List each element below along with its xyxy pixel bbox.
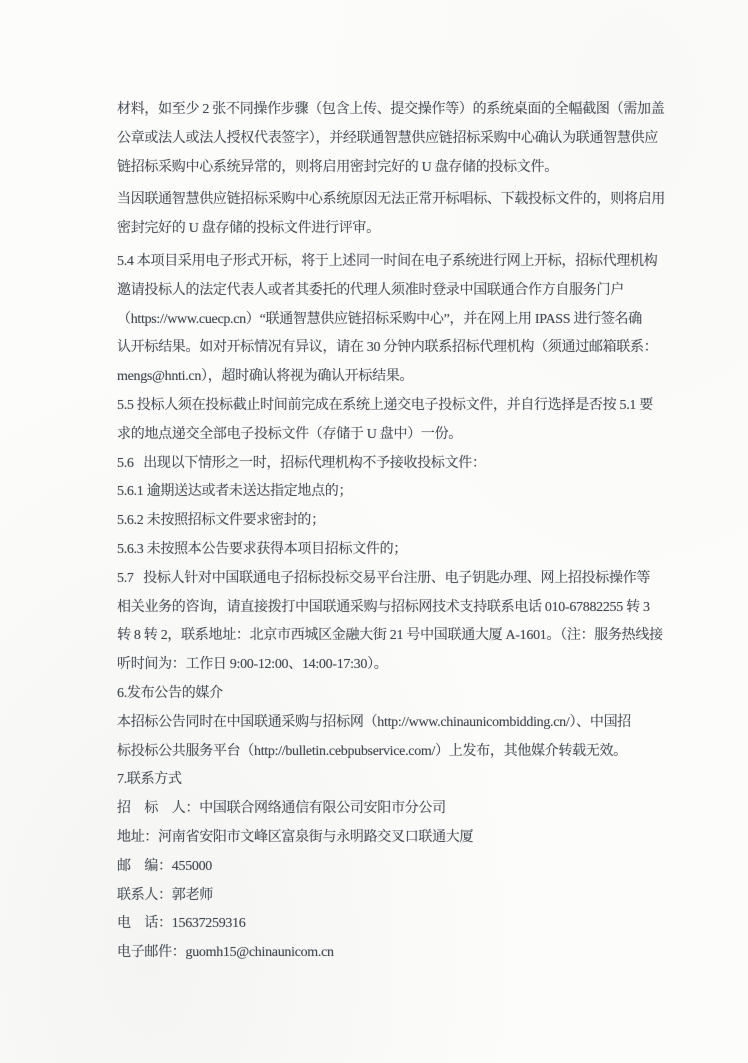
text-line: mengs@hnti.cn），超时确认将视为确认开标结果。 (117, 363, 677, 392)
contact-address: 地址：河南省安阳市文峰区富泉街与永明路交叉口联通大厦 (117, 824, 677, 853)
text-line: 5.6 出现以下情形之一时，招标代理机构不予接收投标文件： (117, 450, 677, 479)
contact-postcode: 邮 编：455000 (117, 853, 677, 882)
text-line: 5.7 投标人针对中国联通电子招标投标交易平台注册、电子钥匙办理、网上招投标操作… (117, 565, 677, 594)
section-5-6-2-improper-sealing: 5.6.2 未按照招标文件要求密封的； (117, 507, 677, 536)
text-line: 本招标公告同时在中国联通采购与招标网（http://www.chinaunico… (117, 709, 677, 738)
text-line: 5.4 本项目采用电子形式开标，将于上述同一时间在电子系统进行网上开标，招标代理… (117, 248, 677, 277)
text-line: （https://www.cuecp.cn）“联通智慧供应链招标采购中心”，并在… (117, 306, 677, 335)
text-line: 5.5 投标人须在投标截止时间前完成在系统上递交电子投标文件，并自行选择是否按 … (117, 392, 677, 421)
section-5-6-1-late-delivery: 5.6.1 逾期送达或者未送达指定地点的； (117, 478, 677, 507)
contact-person-line: 联系人：郭老师 (117, 882, 677, 911)
contact-address-line: 地址：河南省安阳市文峰区富泉街与永明路交叉口联通大厦 (117, 824, 677, 853)
text-line: 5.6.3 未按照本公告要求获得本项目招标文件的； (117, 536, 677, 565)
section-5-7-technical-support: 5.7 投标人针对中国联通电子招标投标交易平台注册、电子钥匙办理、网上招投标操作… (117, 565, 677, 680)
document-text-block: 材料，如至少 2 张不同操作步骤（包含上传、提交操作等）的系统桌面的全幅截图（需… (117, 96, 677, 968)
text-line: 邀请投标人的法定代表人或者其委托的代理人须准时登录中国联通合作方自服务门户 (117, 277, 677, 306)
contact-tenderer: 招 标 人：中国联合网络通信有限公司安阳市分公司 (117, 795, 677, 824)
text-line: 听时间为：工作日 9:00-12:00、14:00-17:30）。 (117, 651, 677, 680)
text-line: 认开标结果。如对开标情况有异议，请在 30 分钟内联系招标代理机构（须通过邮箱联… (117, 334, 677, 363)
text-line: 链招标采购中心系统异常的，则将启用密封完好的 U 盘存储的投标文件。 (117, 154, 677, 183)
section-5-5-bid-submission: 5.5 投标人须在投标截止时间前完成在系统上递交电子投标文件，并自行选择是否按 … (117, 392, 677, 450)
text-line: 5.6.2 未按照招标文件要求密封的； (117, 507, 677, 536)
text-line: 材料，如至少 2 张不同操作步骤（包含上传、提交操作等）的系统桌面的全幅截图（需… (117, 96, 677, 125)
text-line: 公章或法人或法人授权代表签字），并经联通智慧供应链招标采购中心确认为联通智慧供应 (117, 125, 677, 154)
text-line: 相关业务的咨询，请直接拨打中国联通采购与招标网技术支持联系电话 010-6788… (117, 594, 677, 623)
text-line: 求的地点递交全部电子投标文件（存储于 U 盘中）一份。 (117, 421, 677, 450)
section-5-4-electronic-bid-opening: 5.4 本项目采用电子形式开标，将于上述同一时间在电子系统进行网上开标，招标代理… (117, 248, 677, 392)
text-line: 标投标公共服务平台（http://bulletin.cebpubservice.… (117, 738, 677, 767)
text-line: 转 8 转 2，联系地址：北京市西城区金融大街 21 号中国联通大厦 A-160… (117, 622, 677, 651)
contact-email: 电子邮件：guomh15@chinaunicom.cn (117, 939, 677, 968)
text-line: 当因联通智慧供应链招标采购中心系统原因无法正常开标唱标、下载投标文件的，则将启用 (117, 186, 677, 215)
section-7-heading-contact-info: 7.联系方式 (117, 766, 677, 795)
contact-postcode-line: 邮 编：455000 (117, 853, 677, 882)
paragraph-system-failure-review: 当因联通智慧供应链招标采购中心系统原因无法正常开标唱标、下载投标文件的，则将启用… (117, 186, 677, 244)
contact-phone: 电 话：15637259316 (117, 910, 677, 939)
contact-email-line: 电子邮件：guomh15@chinaunicom.cn (117, 939, 677, 968)
contact-tenderer-line: 招 标 人：中国联合网络通信有限公司安阳市分公司 (117, 795, 677, 824)
contact-phone-line: 电 话：15637259316 (117, 910, 677, 939)
section-5-6-rejection-conditions: 5.6 出现以下情形之一时，招标代理机构不予接收投标文件： (117, 450, 677, 479)
paragraph-continuation-usb-backup: 材料，如至少 2 张不同操作步骤（包含上传、提交操作等）的系统桌面的全幅截图（需… (117, 96, 677, 182)
contact-person: 联系人：郭老师 (117, 882, 677, 911)
text-line: 密封完好的 U 盘存储的投标文件进行评审。 (117, 215, 677, 244)
text-line: 5.6.1 逾期送达或者未送达指定地点的； (117, 478, 677, 507)
section-6-heading-announcement-media: 6.发布公告的媒介 (117, 680, 677, 709)
section-heading: 7.联系方式 (117, 766, 677, 795)
document-page: 材料，如至少 2 张不同操作步骤（包含上传、提交操作等）的系统桌面的全幅截图（需… (0, 0, 748, 1063)
section-heading: 6.发布公告的媒介 (117, 680, 677, 709)
paragraph-announcement-media-body: 本招标公告同时在中国联通采购与招标网（http://www.chinaunico… (117, 709, 677, 767)
section-5-6-3-documents-not-obtained: 5.6.3 未按照本公告要求获得本项目招标文件的； (117, 536, 677, 565)
